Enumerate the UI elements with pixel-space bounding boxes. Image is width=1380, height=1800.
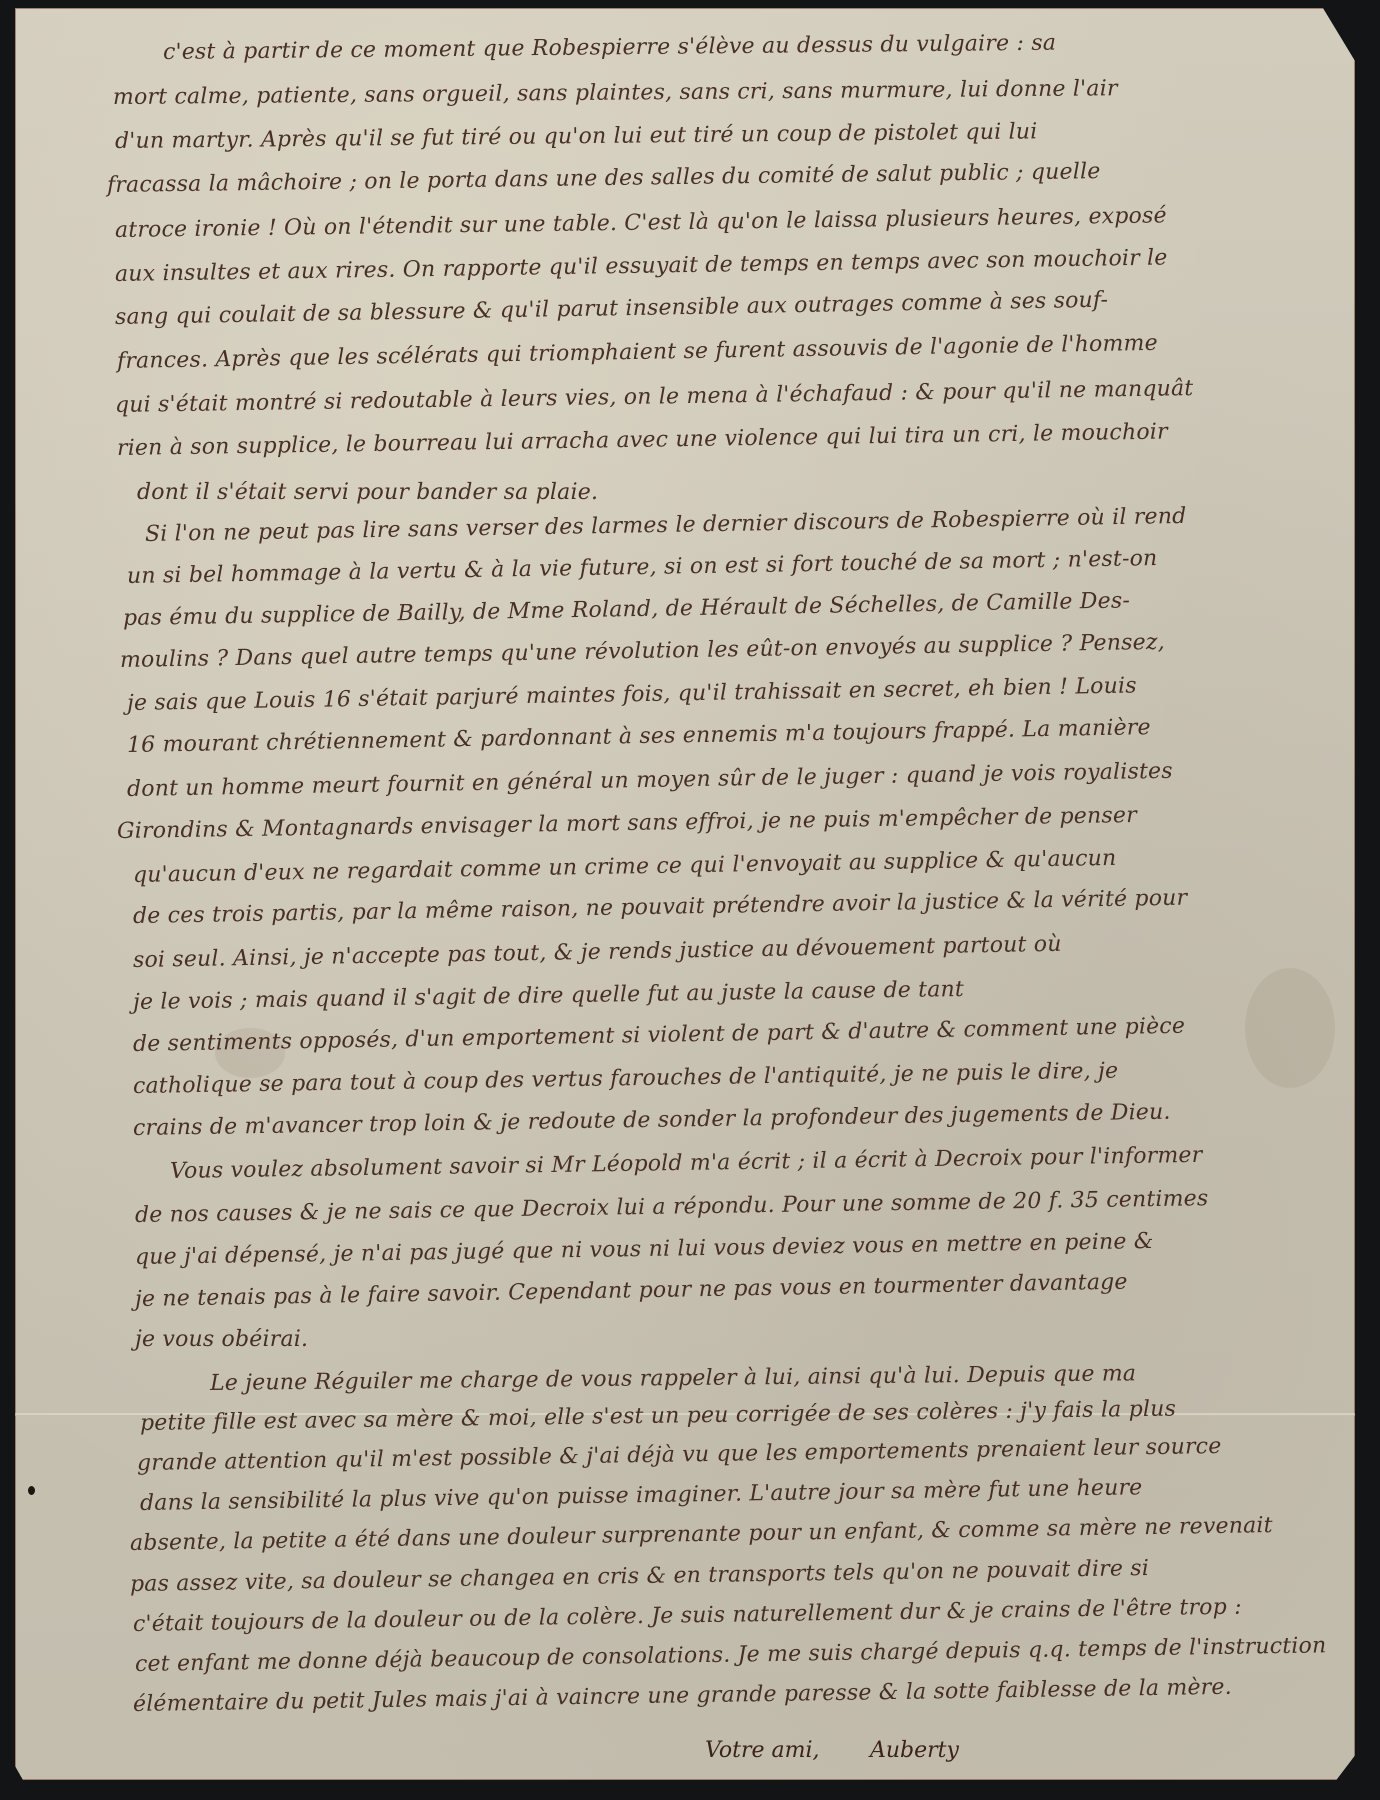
letter-body-continued xyxy=(15,8,1355,1780)
